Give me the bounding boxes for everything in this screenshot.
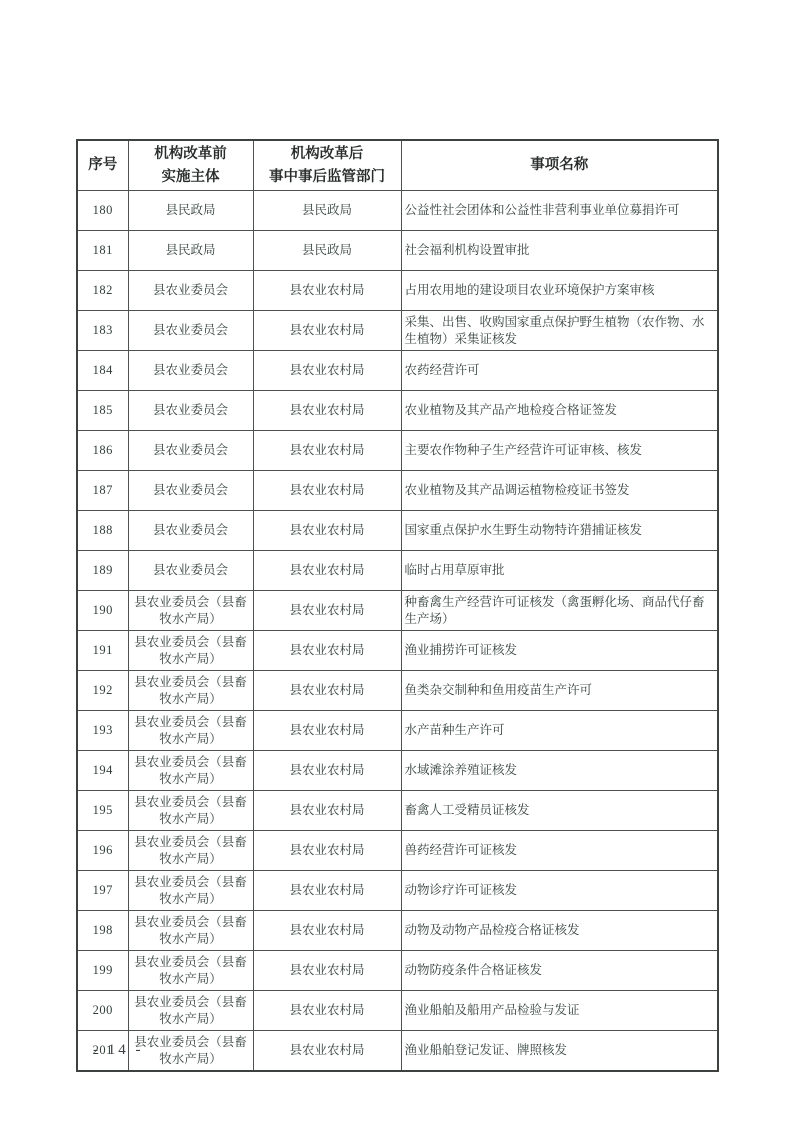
table-row: 193县农业委员会（县畜牧水产局）县农业农村局水产苗种生产许可	[77, 711, 718, 751]
serial-number-cell: 192	[77, 671, 128, 711]
table-row: 190县农业委员会（县畜牧水产局）县农业农村局种畜禽生产经营许可证核发（禽蛋孵化…	[77, 591, 718, 631]
serial-number-cell: 180	[77, 191, 128, 231]
table-row: 180县民政局县民政局公益性社会团体和公益性非营利事业单位募捐许可	[77, 191, 718, 231]
after-reform-dept-cell: 县农业农村局	[253, 951, 401, 991]
after-reform-dept-cell: 县农业农村局	[253, 671, 401, 711]
before-reform-body-cell: 县农业委员会（县畜牧水产局）	[128, 791, 253, 831]
item-name-cell: 动物诊疗许可证核发	[401, 871, 718, 911]
item-name-cell: 渔业捕捞许可证核发	[401, 631, 718, 671]
item-name-cell: 社会福利机构设置审批	[401, 231, 718, 271]
before-reform-body-cell: 县农业委员会（县畜牧水产局）	[128, 951, 253, 991]
before-reform-body-cell: 县农业委员会（县畜牧水产局）	[128, 1031, 253, 1072]
item-name-cell: 动物及动物产品检疫合格证核发	[401, 911, 718, 951]
reform-supervision-table: 序号 机构改革前 实施主体 机构改革后 事中事后监管部门 事项名称 180县民政…	[76, 139, 719, 1072]
before-reform-body-cell: 县农业委员会	[128, 511, 253, 551]
after-reform-dept-cell: 县农业农村局	[253, 271, 401, 311]
table-row: 188县农业委员会县农业农村局国家重点保护水生野生动物特许猎捕证核发	[77, 511, 718, 551]
item-name-cell: 农业植物及其产品调运植物检疫证书签发	[401, 471, 718, 511]
after-reform-dept-cell: 县民政局	[253, 231, 401, 271]
item-name-cell: 兽药经营许可证核发	[401, 831, 718, 871]
document-page: 序号 机构改革前 实施主体 机构改革后 事中事后监管部门 事项名称 180县民政…	[0, 0, 793, 1121]
page-number: - 14 -	[93, 1042, 144, 1059]
item-name-cell: 公益性社会团体和公益性非营利事业单位募捐许可	[401, 191, 718, 231]
item-name-cell: 临时占用草原审批	[401, 551, 718, 591]
header-serial-number: 序号	[77, 140, 128, 191]
serial-number-cell: 187	[77, 471, 128, 511]
table-row: 201县农业委员会（县畜牧水产局）县农业农村局渔业船舶登记发证、牌照核发	[77, 1031, 718, 1072]
before-reform-body-cell: 县农业委员会	[128, 351, 253, 391]
item-name-cell: 水域滩涂养殖证核发	[401, 751, 718, 791]
before-reform-body-cell: 县农业委员会	[128, 471, 253, 511]
header-after-reform-line1: 机构改革后	[256, 143, 399, 165]
table-row: 198县农业委员会（县畜牧水产局）县农业农村局动物及动物产品检疫合格证核发	[77, 911, 718, 951]
item-name-cell: 渔业船舶及船用产品检验与发证	[401, 991, 718, 1031]
header-before-reform-line1: 机构改革前	[131, 143, 251, 165]
serial-number-cell: 189	[77, 551, 128, 591]
after-reform-dept-cell: 县农业农村局	[253, 311, 401, 351]
table-row: 199县农业委员会（县畜牧水产局）县农业农村局动物防疫条件合格证核发	[77, 951, 718, 991]
before-reform-body-cell: 县农业委员会	[128, 551, 253, 591]
serial-number-cell: 186	[77, 431, 128, 471]
after-reform-dept-cell: 县农业农村局	[253, 471, 401, 511]
header-item-name-label: 事项名称	[530, 157, 588, 173]
serial-number-cell: 188	[77, 511, 128, 551]
table-row: 194县农业委员会（县畜牧水产局）县农业农村局水域滩涂养殖证核发	[77, 751, 718, 791]
before-reform-body-cell: 县农业委员会	[128, 271, 253, 311]
item-name-cell: 采集、出售、收购国家重点保护野生植物（农作物、水生植物）采集证核发	[401, 311, 718, 351]
table-body: 180县民政局县民政局公益性社会团体和公益性非营利事业单位募捐许可181县民政局…	[77, 191, 718, 1072]
table-row: 200县农业委员会（县畜牧水产局）县农业农村局渔业船舶及船用产品检验与发证	[77, 991, 718, 1031]
table-row: 196县农业委员会（县畜牧水产局）县农业农村局兽药经营许可证核发	[77, 831, 718, 871]
item-name-cell: 国家重点保护水生野生动物特许猎捕证核发	[401, 511, 718, 551]
serial-number-cell: 184	[77, 351, 128, 391]
before-reform-body-cell: 县农业委员会（县畜牧水产局）	[128, 991, 253, 1031]
before-reform-body-cell: 县农业委员会	[128, 311, 253, 351]
after-reform-dept-cell: 县农业农村局	[253, 591, 401, 631]
after-reform-dept-cell: 县农业农村局	[253, 391, 401, 431]
serial-number-cell: 198	[77, 911, 128, 951]
table-row: 195县农业委员会（县畜牧水产局）县农业农村局畜禽人工受精员证核发	[77, 791, 718, 831]
serial-number-cell: 196	[77, 831, 128, 871]
table-row: 182县农业委员会县农业农村局占用农用地的建设项目农业环境保护方案审核	[77, 271, 718, 311]
serial-number-cell: 183	[77, 311, 128, 351]
before-reform-body-cell: 县农业委员会	[128, 391, 253, 431]
item-name-cell: 鱼类杂交制种和鱼用疫苗生产许可	[401, 671, 718, 711]
after-reform-dept-cell: 县农业农村局	[253, 791, 401, 831]
before-reform-body-cell: 县民政局	[128, 231, 253, 271]
after-reform-dept-cell: 县农业农村局	[253, 871, 401, 911]
header-serial-number-label: 序号	[88, 157, 117, 173]
after-reform-dept-cell: 县农业农村局	[253, 551, 401, 591]
before-reform-body-cell: 县民政局	[128, 191, 253, 231]
serial-number-cell: 200	[77, 991, 128, 1031]
after-reform-dept-cell: 县农业农村局	[253, 711, 401, 751]
serial-number-cell: 182	[77, 271, 128, 311]
after-reform-dept-cell: 县农业农村局	[253, 831, 401, 871]
table-row: 186县农业委员会县农业农村局主要农作物种子生产经营许可证审核、核发	[77, 431, 718, 471]
header-before-reform-line2: 实施主体	[131, 166, 251, 188]
item-name-cell: 渔业船舶登记发证、牌照核发	[401, 1031, 718, 1072]
table-row: 189县农业委员会县农业农村局临时占用草原审批	[77, 551, 718, 591]
after-reform-dept-cell: 县农业农村局	[253, 911, 401, 951]
after-reform-dept-cell: 县民政局	[253, 191, 401, 231]
serial-number-cell: 191	[77, 631, 128, 671]
before-reform-body-cell: 县农业委员会（县畜牧水产局）	[128, 591, 253, 631]
item-name-cell: 动物防疫条件合格证核发	[401, 951, 718, 991]
after-reform-dept-cell: 县农业农村局	[253, 991, 401, 1031]
table-row: 184县农业委员会县农业农村局农药经营许可	[77, 351, 718, 391]
header-item-name: 事项名称	[401, 140, 718, 191]
header-row: 序号 机构改革前 实施主体 机构改革后 事中事后监管部门 事项名称	[77, 140, 718, 191]
table-header: 序号 机构改革前 实施主体 机构改革后 事中事后监管部门 事项名称	[77, 140, 718, 191]
before-reform-body-cell: 县农业委员会（县畜牧水产局）	[128, 711, 253, 751]
serial-number-cell: 190	[77, 591, 128, 631]
before-reform-body-cell: 县农业委员会	[128, 431, 253, 471]
table-row: 192县农业委员会（县畜牧水产局）县农业农村局鱼类杂交制种和鱼用疫苗生产许可	[77, 671, 718, 711]
header-after-reform-line2: 事中事后监管部门	[256, 166, 399, 188]
after-reform-dept-cell: 县农业农村局	[253, 1031, 401, 1072]
item-name-cell: 种畜禽生产经营许可证核发（禽蛋孵化场、商品代仔畜生产场）	[401, 591, 718, 631]
before-reform-body-cell: 县农业委员会（县畜牧水产局）	[128, 871, 253, 911]
table-row: 185县农业委员会县农业农村局农业植物及其产品产地检疫合格证签发	[77, 391, 718, 431]
header-after-reform-dept: 机构改革后 事中事后监管部门	[253, 140, 401, 191]
serial-number-cell: 194	[77, 751, 128, 791]
before-reform-body-cell: 县农业委员会（县畜牧水产局）	[128, 831, 253, 871]
after-reform-dept-cell: 县农业农村局	[253, 631, 401, 671]
item-name-cell: 占用农用地的建设项目农业环境保护方案审核	[401, 271, 718, 311]
serial-number-cell: 195	[77, 791, 128, 831]
serial-number-cell: 193	[77, 711, 128, 751]
before-reform-body-cell: 县农业委员会（县畜牧水产局）	[128, 631, 253, 671]
item-name-cell: 主要农作物种子生产经营许可证审核、核发	[401, 431, 718, 471]
table-row: 197县农业委员会（县畜牧水产局）县农业农村局动物诊疗许可证核发	[77, 871, 718, 911]
table-row: 183县农业委员会县农业农村局采集、出售、收购国家重点保护野生植物（农作物、水生…	[77, 311, 718, 351]
table-row: 187县农业委员会县农业农村局农业植物及其产品调运植物检疫证书签发	[77, 471, 718, 511]
item-name-cell: 农药经营许可	[401, 351, 718, 391]
after-reform-dept-cell: 县农业农村局	[253, 431, 401, 471]
serial-number-cell: 181	[77, 231, 128, 271]
serial-number-cell: 185	[77, 391, 128, 431]
table-row: 191县农业委员会（县畜牧水产局）县农业农村局渔业捕捞许可证核发	[77, 631, 718, 671]
before-reform-body-cell: 县农业委员会（县畜牧水产局）	[128, 671, 253, 711]
before-reform-body-cell: 县农业委员会（县畜牧水产局）	[128, 751, 253, 791]
serial-number-cell: 197	[77, 871, 128, 911]
before-reform-body-cell: 县农业委员会（县畜牧水产局）	[128, 911, 253, 951]
item-name-cell: 农业植物及其产品产地检疫合格证签发	[401, 391, 718, 431]
item-name-cell: 水产苗种生产许可	[401, 711, 718, 751]
table-row: 181县民政局县民政局社会福利机构设置审批	[77, 231, 718, 271]
after-reform-dept-cell: 县农业农村局	[253, 351, 401, 391]
serial-number-cell: 199	[77, 951, 128, 991]
after-reform-dept-cell: 县农业农村局	[253, 751, 401, 791]
header-before-reform-body: 机构改革前 实施主体	[128, 140, 253, 191]
item-name-cell: 畜禽人工受精员证核发	[401, 791, 718, 831]
after-reform-dept-cell: 县农业农村局	[253, 511, 401, 551]
